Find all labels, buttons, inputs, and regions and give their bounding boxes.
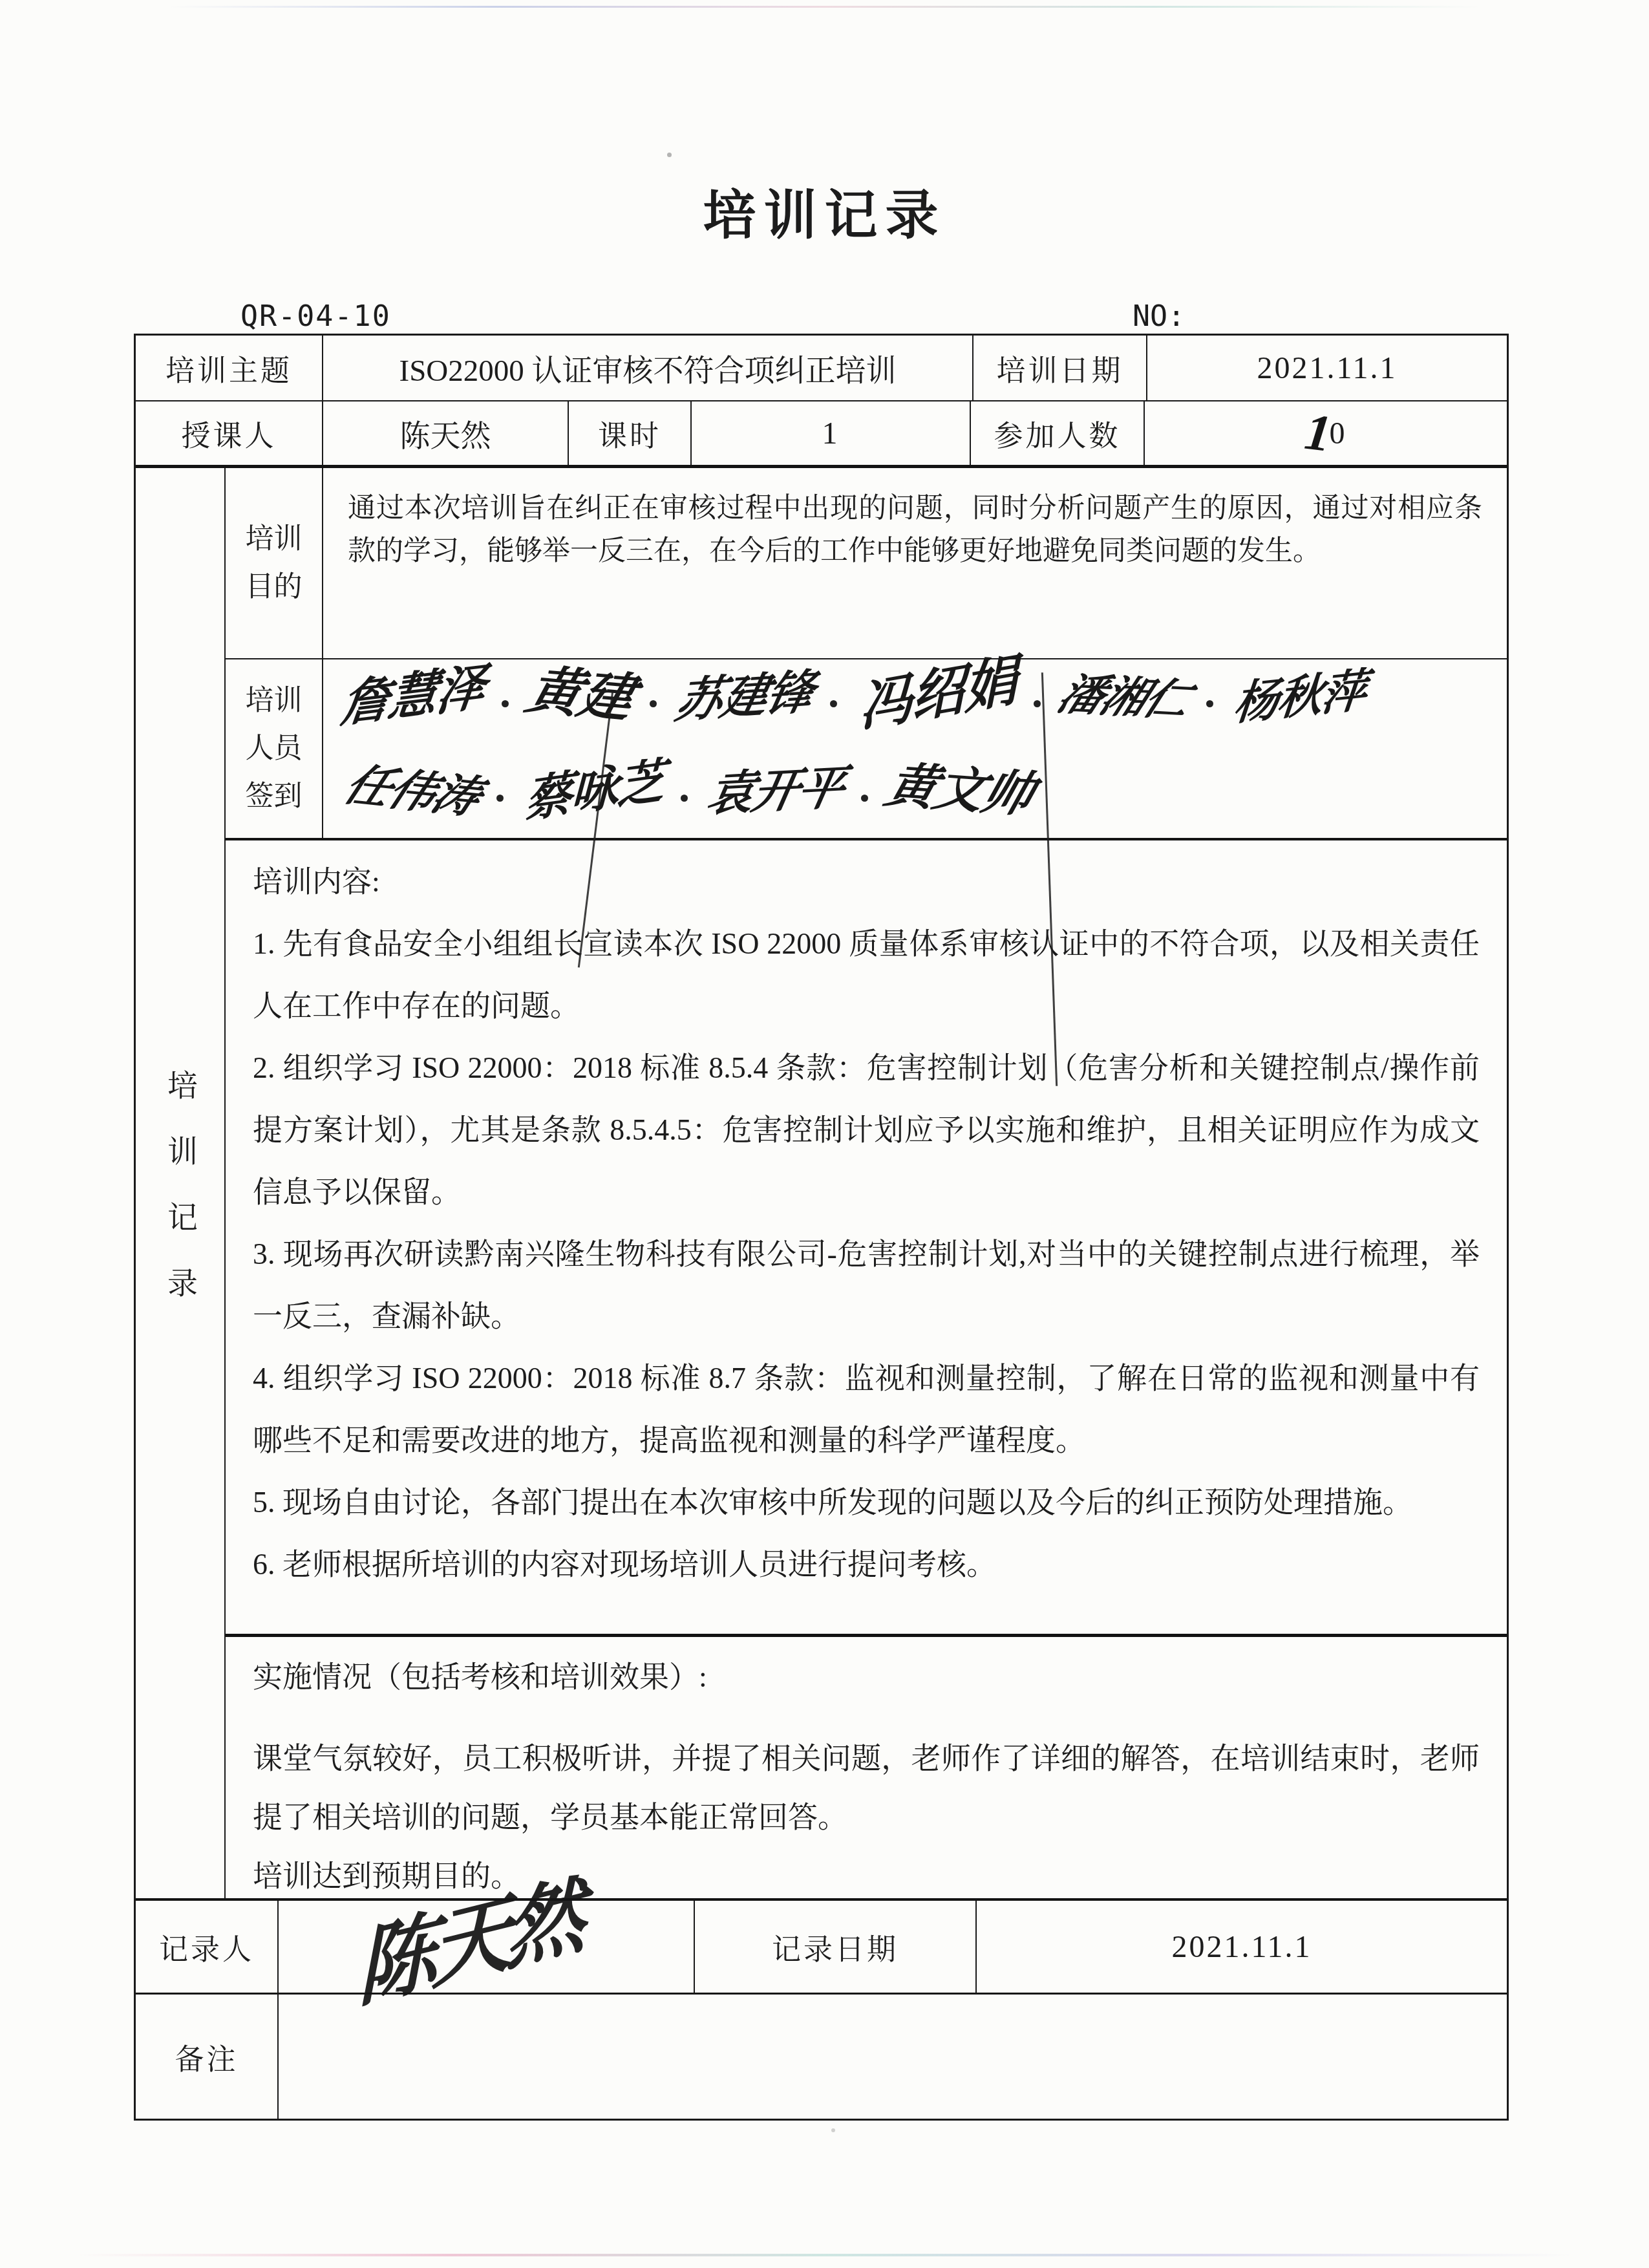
signature-separator-dot <box>830 700 837 707</box>
training-content-item: 4. 组织学习 ISO 22000：2018 标准 8.7 条款：监视和测量控制… <box>253 1347 1480 1471</box>
purpose-text: 通过本次培训旨在纠正在审核过程中出现的问题，同时分析问题产生的原因，通过对相应条… <box>323 468 1507 658</box>
recorder-signature-cell: 陈天然 <box>279 1901 695 1993</box>
form-code: QR-04-10 <box>240 299 391 333</box>
remarks-value <box>279 1995 1507 2119</box>
page-title: 培训记录 <box>0 173 1649 249</box>
training-content-item: 1. 先有食品安全小组组长宣读本次 ISO 22000 质量体系审核认证中的不符… <box>253 913 1480 1037</box>
remarks-label: 备注 <box>136 1995 279 2119</box>
implementation-lines: 课堂气氛较好，员工积极听讲，并提了相关问题，老师作了详细的解答，在培训结束时，老… <box>253 1729 1480 1898</box>
signature-separator-dot <box>502 700 509 707</box>
handwritten-signature: 蔡咏芝 <box>524 753 705 821</box>
handwritten-signature: 袁开平 <box>708 753 885 820</box>
topic-label: 培训主题 <box>136 336 323 400</box>
instructor-value: 陈天然 <box>323 401 569 465</box>
record-date-label: 记录日期 <box>695 1901 977 1993</box>
handwritten-signature: 潘湘仁 <box>1061 663 1230 725</box>
side-vertical-label: 培训记录 <box>158 1034 202 1333</box>
hours-label: 课时 <box>569 401 692 465</box>
signature-separator-dot <box>650 700 657 707</box>
purpose-label: 培训目的 <box>243 515 305 611</box>
signature-separator-dot <box>861 795 868 802</box>
signature-separator-dot <box>681 795 688 802</box>
participants-value: 10 <box>1145 401 1507 465</box>
signature-row-1: 詹慧泽黄建苏建锋冯绍娟潘湘仁杨秋萍 <box>341 650 1507 729</box>
recorder-label: 记录人 <box>136 1901 279 1993</box>
training-content-item: 6. 老师根据所培训的内容对现场培训人员进行提问考核。 <box>253 1534 1480 1596</box>
body-main-column: 培训目的 通过本次培训旨在纠正在审核过程中出现的问题，同时分析问题产生的原因，通… <box>226 468 1507 1898</box>
handwritten-signature: 黄文帅 <box>889 751 1032 821</box>
training-content-item: 3. 现场再次研读黔南兴隆生物科技有限公司-危害控制计划,对当中的关键控制点进行… <box>253 1223 1480 1347</box>
participants-label: 参加人数 <box>971 401 1145 465</box>
training-content-heading: 培训内容: <box>253 851 1480 913</box>
handwritten-signature: 杨秋萍 <box>1234 661 1366 726</box>
handwritten-signature: 詹慧泽 <box>341 656 526 727</box>
handwritten-signature: 黄建 <box>529 652 674 728</box>
handwritten-digit: 1 <box>1301 402 1334 464</box>
side-column: 培训记录 <box>136 468 226 1898</box>
implementation-heading: 实施情况（包括考核和培训效果）: <box>253 1647 1480 1707</box>
purpose-label-cell: 培训目的 <box>226 468 323 658</box>
signature-row-2: 任伟涛蔡咏芝袁开平黄文帅 <box>348 751 1507 821</box>
training-content-item: 5. 现场自由讨论，各部门提出在本次审核中所发现的问题以及今后的纠正预防处理措施… <box>253 1471 1480 1534</box>
purpose-row: 培训目的 通过本次培训旨在纠正在审核过程中出现的问题，同时分析问题产生的原因，通… <box>226 468 1507 659</box>
training-content-items: 1. 先有食品安全小组组长宣读本次 ISO 22000 质量体系审核认证中的不符… <box>253 913 1480 1596</box>
remarks-row: 备注 <box>136 1995 1507 2119</box>
signin-label-cell: 培训人员签到 <box>226 659 323 838</box>
training-date-label: 培训日期 <box>973 336 1147 400</box>
scanned-training-record-document: 培训记录 QR-04-10 NO: 培训主题 ISO22000 认证审核不符合项… <box>0 0 1649 2268</box>
no-field-label: NO: <box>1133 299 1185 333</box>
topic-value: ISO22000 认证审核不符合项纠正培训 <box>323 336 973 400</box>
training-content-section: 培训内容: 1. 先有食品安全小组组长宣读本次 ISO 22000 质量体系审核… <box>226 840 1507 1637</box>
recorder-row: 记录人 陈天然 记录日期 2021.11.1 <box>136 1901 1507 1995</box>
scan-artifact-dot <box>667 153 672 157</box>
implementation-line: 课堂气氛较好，员工积极听讲，并提了相关问题，老师作了详细的解答，在培训结束时，老… <box>253 1729 1480 1846</box>
table-row-instructor: 授课人 陈天然 课时 1 参加人数 10 <box>136 401 1507 468</box>
scanner-streak-bottom <box>78 2254 1571 2256</box>
signin-row: 培训人员签到 詹慧泽黄建苏建锋冯绍娟潘湘仁杨秋萍 任伟涛蔡咏芝袁开平黄文帅 <box>226 659 1507 840</box>
handwritten-signature: 苏建锋 <box>677 659 854 726</box>
signature-separator-dot <box>496 795 504 802</box>
training-record-table: 培训主题 ISO22000 认证审核不符合项纠正培训 培训日期 2021.11.… <box>134 334 1509 2121</box>
record-date-value: 2021.11.1 <box>977 1901 1507 1993</box>
scanner-streak-top <box>168 6 1481 8</box>
training-date-value: 2021.11.1 <box>1147 336 1507 400</box>
signature-separator-dot <box>1206 700 1213 707</box>
handwritten-signature: 冯绍娟 <box>858 650 1058 729</box>
signin-signatures-cell: 詹慧泽黄建苏建锋冯绍娟潘湘仁杨秋萍 任伟涛蔡咏芝袁开平黄文帅 <box>323 659 1507 838</box>
signin-label: 培训人员签到 <box>243 677 305 820</box>
table-row-topic: 培训主题 ISO22000 认证审核不符合项纠正培训 培训日期 2021.11.… <box>136 336 1507 401</box>
training-content-item: 2. 组织学习 ISO 22000：2018 标准 8.5.4 条款：危害控制计… <box>253 1037 1480 1223</box>
hours-value: 1 <box>692 401 971 465</box>
scan-artifact-dot <box>831 2128 835 2132</box>
instructor-label: 授课人 <box>136 401 323 465</box>
signature-separator-dot <box>1034 700 1041 707</box>
implementation-section: 实施情况（包括考核和培训效果）: 课堂气氛较好，员工积极听讲，并提了相关问题，老… <box>226 1637 1507 1898</box>
table-body-block: 培训记录 培训目的 通过本次培训旨在纠正在审核过程中出现的问题，同时分析问题产生… <box>136 468 1507 1901</box>
handwritten-signature: 任伟涛 <box>348 755 520 820</box>
